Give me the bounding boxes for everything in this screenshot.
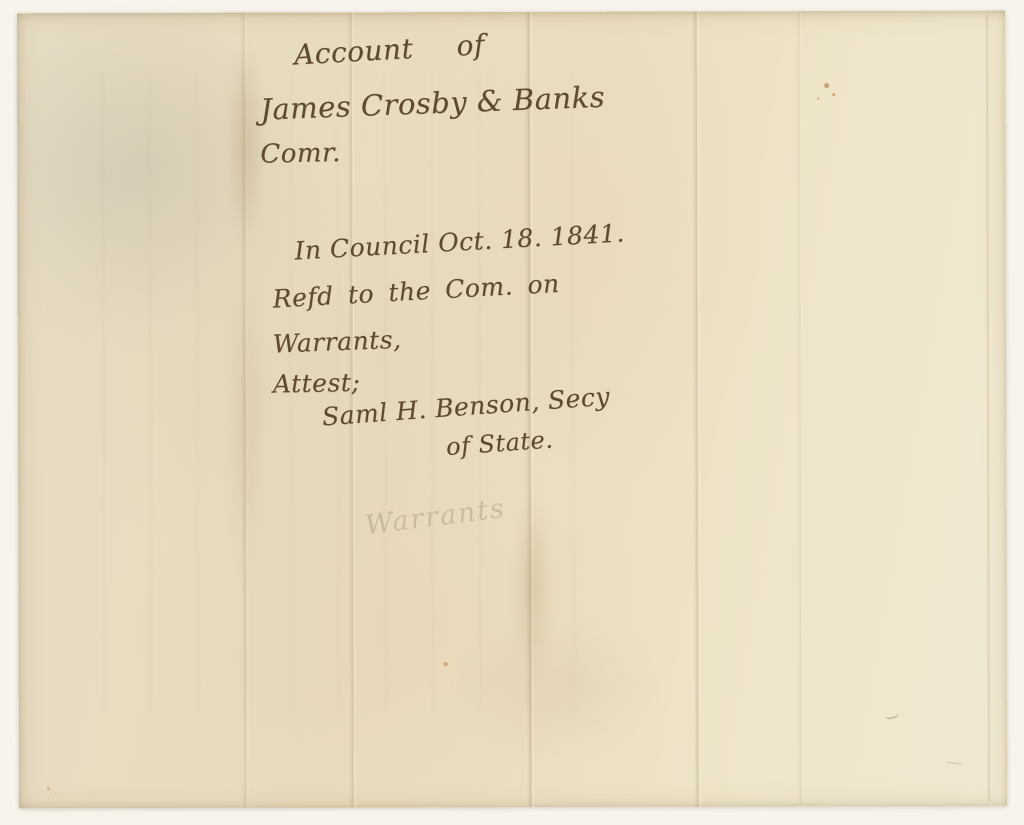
foxing-spot [832, 93, 835, 96]
pencil-scuff-mark [884, 709, 900, 720]
foxing-spot [824, 83, 829, 88]
warrants-line: Warrants, [272, 325, 402, 359]
signature-office-line: of State. [445, 425, 554, 461]
council-date-line: In Council Oct. 18. 1841. [294, 218, 626, 265]
foxing-spot [444, 662, 448, 666]
paper-right-edge [985, 15, 991, 802]
fold-crease [240, 13, 250, 808]
commissioner-abbrev-line: Comr. [260, 138, 341, 170]
pencil-scuff-mark [947, 756, 964, 765]
fold-crease [692, 12, 702, 807]
scanned-document: Account of James Crosby & Banks Comr. In… [0, 0, 1024, 825]
foxing-spot [817, 97, 819, 100]
manuscript-page: Account of James Crosby & Banks Comr. In… [17, 11, 1007, 809]
stain [0, 0, 298, 323]
foxing-spot [55, 792, 57, 794]
signature-name-line: Saml H. Benson, Secy [321, 382, 611, 432]
account-title-line: Account of [293, 28, 485, 71]
attest-line: Attest; [273, 368, 361, 399]
fold-crease [795, 11, 805, 806]
pencil-warrants-note: Warrants [363, 493, 507, 541]
foxing-spot [47, 787, 50, 790]
payee-name-line: James Crosby & Banks [260, 80, 606, 127]
stain [449, 612, 669, 763]
referred-committee-line: Refd to the Com. on [272, 269, 560, 314]
